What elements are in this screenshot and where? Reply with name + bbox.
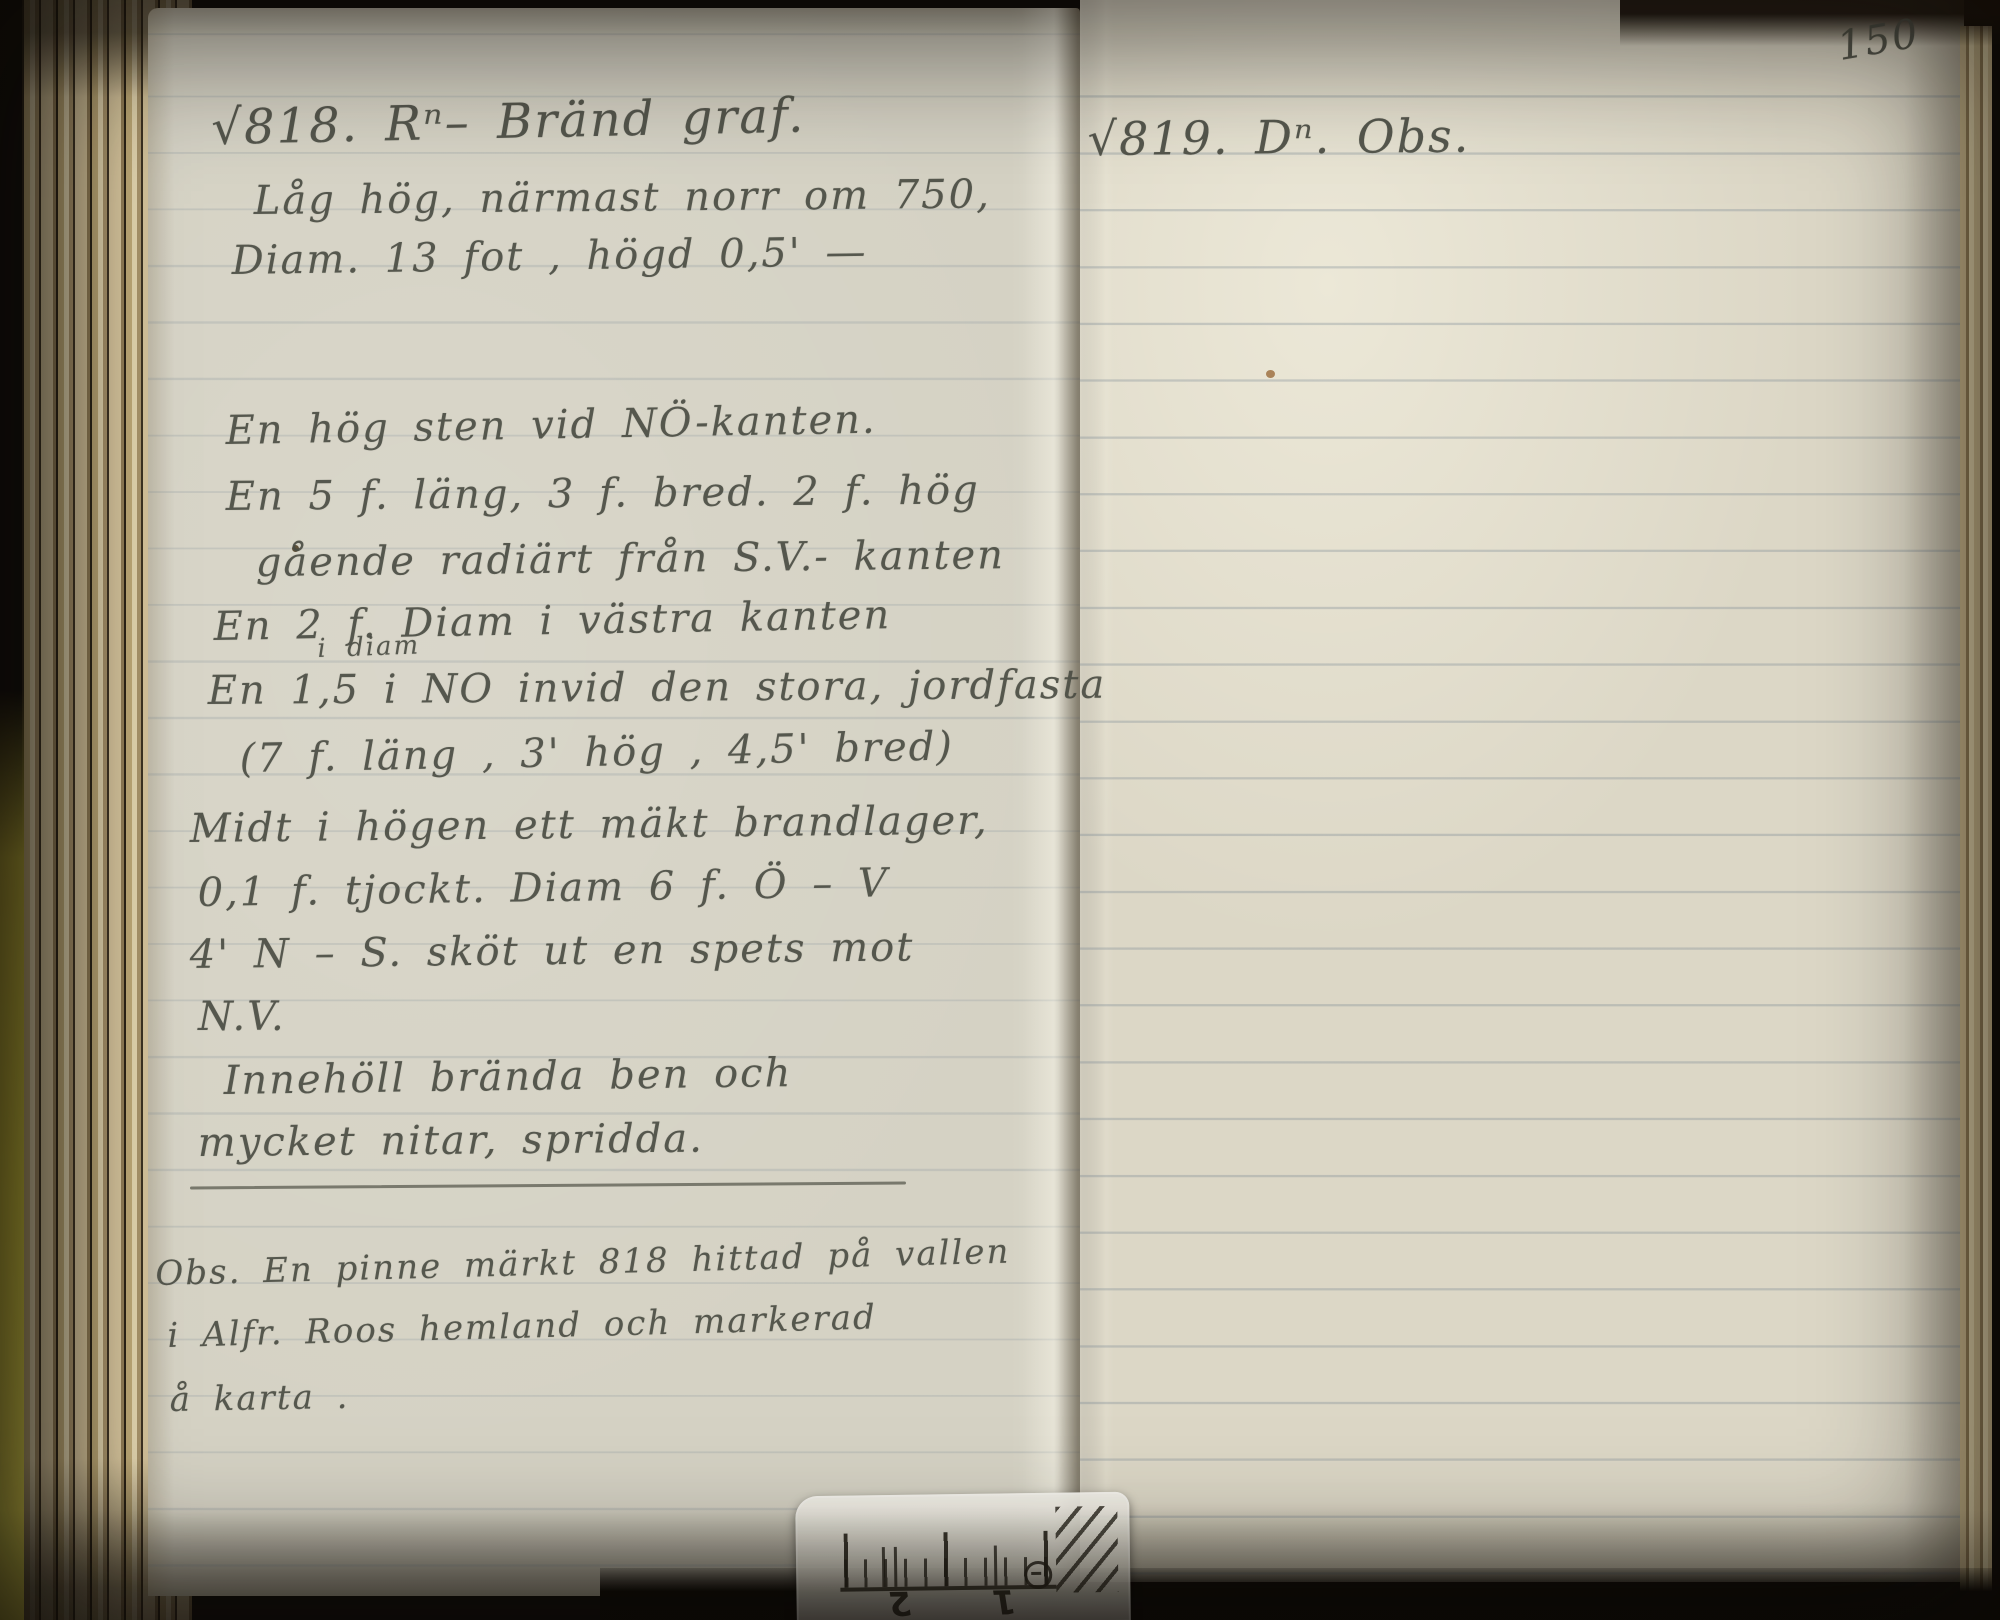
measuring-ruler: 2 1 (795, 1492, 1131, 1620)
gutter-crease (1022, 8, 1080, 1590)
right-page-edge (1960, 26, 1992, 1620)
right-page (1080, 0, 1964, 1582)
ink-speck (292, 545, 299, 552)
paper-stain (1266, 370, 1275, 378)
notebook-photo: √818. Rⁿ– Bränd graf.Låg hög, närmast no… (0, 0, 2000, 1620)
left-page (148, 8, 1080, 1596)
binding-shadow-top (1620, 0, 2000, 46)
book-cover-edge (0, 690, 24, 1620)
ruled-lines-left (148, 8, 1080, 1596)
ruler-end-hatching (1055, 1506, 1118, 1593)
ruled-lines-right (1080, 0, 1964, 1582)
